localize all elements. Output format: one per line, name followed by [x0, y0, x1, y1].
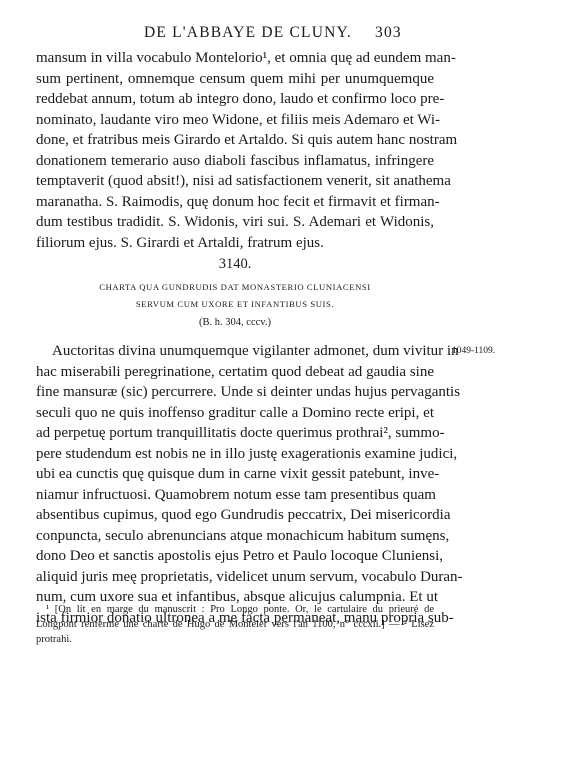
text-line: sum pertinent, omnemque censum quem mihi… [36, 69, 434, 90]
text-line: dono Deo et sanctis apostolis ejus Petro… [36, 546, 434, 567]
text-line: donationem temerario auso diaboli fascib… [36, 151, 434, 172]
text-line: conpuncta, seculo abrenuncians atque mon… [36, 526, 434, 547]
footnote-line: Longpont renferme une charte de Hugo de … [36, 617, 434, 632]
previous-charter-continuation: mansum in villa vocabulo Montelorio¹, et… [36, 48, 434, 253]
text-line: aliquid juris meę proprietatis, videlice… [36, 567, 434, 588]
charter-number: 3140. [0, 256, 470, 273]
text-line: hac miserabili peregrinatione, certatim … [36, 362, 434, 383]
text-line: dum testibus tradidit. S. Widonis, viri … [36, 212, 434, 233]
text-line: maranatha. S. Raimodis, quę donum hoc fe… [36, 192, 434, 213]
text-line: reddebat annum, totum ab integro dono, l… [36, 89, 434, 110]
footnote-line: ¹ [On lit en marge du manuscrit : Pro Lo… [36, 602, 434, 617]
text-line: nominato, laudante viro meo Widone, et f… [36, 110, 434, 131]
page-number: 303 [375, 24, 402, 42]
text-line: niamur infructuosi. Quamobrem notum esse… [36, 485, 434, 506]
charter-rubric-line-1: CHARTA QUA GUNDRUDIS DAT MONASTERIO CLUN… [0, 282, 470, 292]
text-line: ubi ea cunctis quę quisque dum in carne … [36, 464, 434, 485]
book-page: DE L'ABBAYE DE CLUNY. 303 mansum in vill… [0, 0, 570, 770]
running-title: DE L'ABBAYE DE CLUNY. [144, 24, 352, 42]
text-line: absentibus cupimus, quod ego Gundrudis p… [36, 505, 434, 526]
charter-text: Auctoritas divina unumquemque vigilanter… [36, 341, 434, 628]
source-reference: (B. h. 304, cccv.) [0, 317, 470, 328]
charter-rubric-line-2: SERVUM CUM UXORE ET INFANTIBUS SUIS. [0, 299, 470, 309]
text-line: pere studendum est nobis ne in illo just… [36, 444, 434, 465]
text-line: mansum in villa vocabulo Montelorio¹, et… [36, 48, 434, 69]
text-line: filiorum ejus. S. Girardi et Artaldi, fr… [36, 233, 434, 254]
text-line: temptaverit (quod absit!), nisi ad satis… [36, 171, 434, 192]
text-line: seculi quo ne quis inoffenso graditur ca… [36, 403, 434, 424]
text-line: ad perpetuę portum tranquillitatis docte… [36, 423, 434, 444]
footnote-line: protrahi. [36, 632, 434, 647]
text-line: fine mansuræ (sic) percurrere. Unde si d… [36, 382, 434, 403]
text-line: Auctoritas divina unumquemque vigilanter… [36, 341, 434, 362]
text-line: done, et fratribus meis Girardo et Artal… [36, 130, 434, 151]
footnotes: ¹ [On lit en marge du manuscrit : Pro Lo… [36, 602, 434, 647]
